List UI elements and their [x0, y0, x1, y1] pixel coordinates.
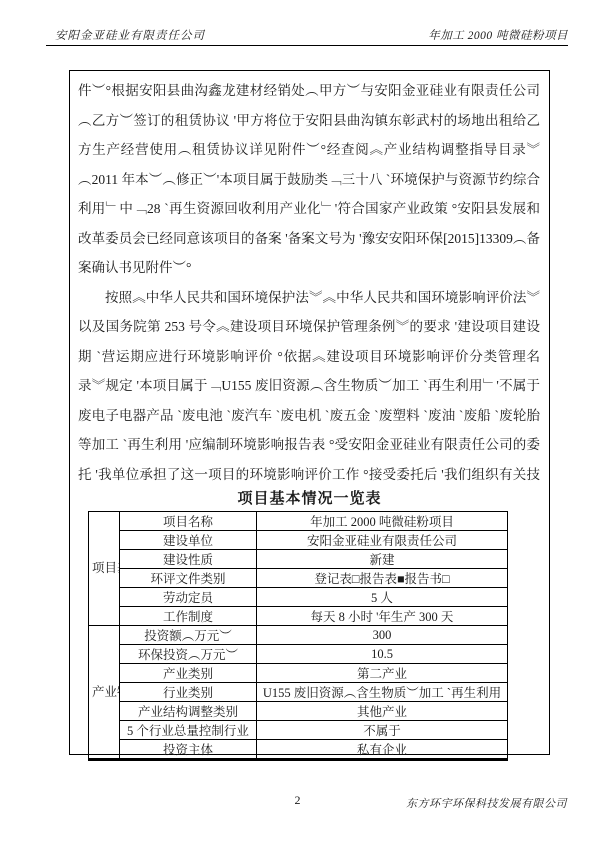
row-label: 投资额︵万元︶ [120, 626, 257, 645]
row-value: 年加工 2000 吨微硅粉项目 [257, 512, 508, 531]
document-page: 安阳金亚硅业有限责任公司 年加工 2000 吨微硅粉项目 件︶°根据安阳县曲沟鑫… [0, 0, 595, 841]
row-value: 300 [257, 626, 508, 645]
row-value: U155 废旧资源︵含生物质︶加工 `再生利用 [257, 683, 508, 702]
row-label: 5 个行业总量控制行业 [120, 721, 257, 740]
row-label: 产业类别 [120, 664, 257, 683]
table-row: 产业特征 投资额︵万元︶ 300 [89, 626, 508, 645]
table-row: 环评文件类别 登记表□报告表■报告书□ [89, 569, 508, 588]
row-label: 产业结构调整类别 [120, 702, 257, 721]
project-info-table: 项目基本内容 项目名称 年加工 2000 吨微硅粉项目 建设单位 安阳金亚硅业有… [88, 511, 508, 761]
row-value: 第二产业 [257, 664, 508, 683]
row-value: 10.5 [257, 645, 508, 664]
table-row: 劳动定员 5 人 [89, 588, 508, 607]
table-row: 环保投资︵万元︶ 10.5 [89, 645, 508, 664]
header-rule [46, 45, 568, 46]
row-value: 每天 8 小时 '年生产 300 天 [257, 607, 508, 626]
row-label: 环评文件类别 [120, 569, 257, 588]
header-company: 安阳金亚硅业有限责任公司 [55, 27, 205, 43]
table-row: 产业结构调整类别 其他产业 [89, 702, 508, 721]
row-label: 建设单位 [120, 531, 257, 550]
row-label: 行业类别 [120, 683, 257, 702]
table-row: 行业类别 U155 废旧资源︵含生物质︶加工 `再生利用 [89, 683, 508, 702]
row-label: 投资主体 [120, 740, 257, 760]
table-row: 投资主体 私有企业 [89, 740, 508, 760]
paragraph-2: 按照︽中华人民共和国环境保护法︾︽中华人民共和国环境影响评价法︾以及国务院第 2… [78, 283, 540, 491]
row-label: 建设性质 [120, 550, 257, 569]
table-row: 5 个行业总量控制行业 不属于 [89, 721, 508, 740]
row-group-basic-info: 项目基本内容 [89, 512, 120, 626]
row-value: 其他产业 [257, 702, 508, 721]
header-project-title: 年加工 2000 吨微硅粉项目 [428, 27, 568, 43]
table-row: 项目基本内容 项目名称 年加工 2000 吨微硅粉项目 [89, 512, 508, 531]
table-row: 建设性质 新建 [89, 550, 508, 569]
paragraph-1: 件︶°根据安阳县曲沟鑫龙建材经销处︵甲方︶与安阳金亚硅业有限责任公司︵乙方︶签订… [78, 76, 540, 283]
table-row: 工作制度 每天 8 小时 '年生产 300 天 [89, 607, 508, 626]
row-value: 安阳金亚硅业有限责任公司 [257, 531, 508, 550]
row-label: 项目名称 [120, 512, 257, 531]
row-value: 新建 [257, 550, 508, 569]
row-label: 工作制度 [120, 607, 257, 626]
table-row: 产业类别 第二产业 [89, 664, 508, 683]
row-label: 环保投资︵万元︶ [120, 645, 257, 664]
row-group-industry-features: 产业特征 [89, 626, 120, 760]
row-value: 私有企业 [257, 740, 508, 760]
row-value: 不属于 [257, 721, 508, 740]
row-label: 劳动定员 [120, 588, 257, 607]
table-title: 项目基本情况一览表 [69, 487, 550, 508]
footer-company: 东方环宇环保科技发展有限公司 [406, 795, 567, 811]
table-row: 建设单位 安阳金亚硅业有限责任公司 [89, 531, 508, 550]
body-text: 件︶°根据安阳县曲沟鑫龙建材经销处︵甲方︶与安阳金亚硅业有限责任公司︵乙方︶签订… [78, 76, 540, 490]
row-value: 5 人 [257, 588, 508, 607]
row-value eia-doc-type: 登记表□报告表■报告书□ [257, 569, 508, 588]
